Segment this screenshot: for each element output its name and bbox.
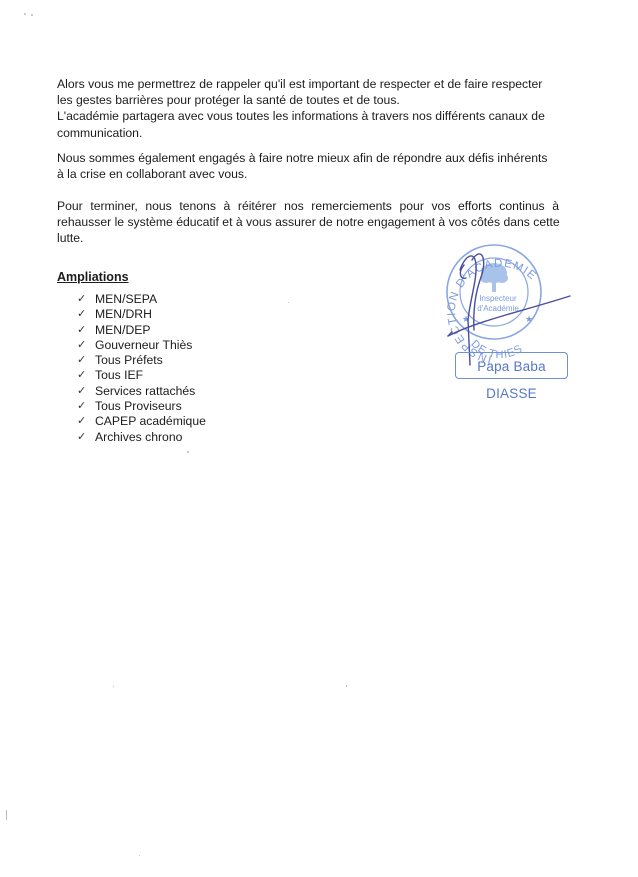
ampliation-label: MEN/DRH bbox=[95, 307, 152, 322]
checkmark-icon: ✓ bbox=[77, 384, 95, 399]
paragraph-line: les gestes barrières pour protéger la sa… bbox=[57, 92, 552, 108]
paragraph-line: à la crise en collaborant avec vous. bbox=[57, 166, 552, 182]
ampliation-item: ✓MEN/DEP bbox=[77, 323, 206, 338]
checkmark-icon: ✓ bbox=[77, 338, 95, 353]
ampliations-heading: Ampliations bbox=[57, 270, 129, 284]
ampliation-item: ✓MEN/DRH bbox=[77, 307, 206, 322]
star-icon: ★ bbox=[525, 314, 533, 324]
checkmark-icon: ✓ bbox=[77, 292, 95, 307]
ampliation-label: MEN/DEP bbox=[95, 323, 151, 338]
checkmark-icon: ✓ bbox=[77, 307, 95, 322]
scan-speck bbox=[346, 685, 347, 687]
scan-speck bbox=[31, 14, 33, 16]
paragraph-line: Nous sommes également engagés à faire no… bbox=[57, 150, 552, 166]
checkmark-icon: ✓ bbox=[77, 368, 95, 383]
scan-speck bbox=[6, 810, 7, 820]
ampliation-label: MEN/SEPA bbox=[95, 292, 157, 307]
ampliation-item: ✓MEN/SEPA bbox=[77, 292, 206, 307]
ampliation-label: Tous IEF bbox=[95, 368, 143, 383]
paragraph-line: communication. bbox=[57, 125, 552, 141]
signatory-name-stamp: Papa Baba DIASSE bbox=[455, 352, 568, 379]
ampliation-label: Archives chrono bbox=[95, 430, 182, 445]
scan-speck bbox=[187, 451, 189, 453]
ampliation-item: ✓Tous IEF bbox=[77, 368, 206, 383]
scan-speck bbox=[288, 302, 289, 303]
ampliation-item: ✓Tous Préfets bbox=[77, 353, 206, 368]
ampliation-item: ✓CAPEP académique bbox=[77, 414, 206, 429]
checkmark-icon: ✓ bbox=[77, 353, 95, 368]
stamp-center-text-2: d'Académie bbox=[477, 304, 519, 313]
paragraph-line: L'académie partagera avec vous toutes le… bbox=[57, 108, 552, 124]
ampliation-item: ✓Services rattachés bbox=[77, 384, 206, 399]
ampliation-label: Tous Préfets bbox=[95, 353, 163, 368]
paragraph-line: Pour terminer, nous tenons à réitérer no… bbox=[57, 198, 552, 214]
scan-speck bbox=[113, 686, 114, 687]
stamp-center-text-1: Inspecteur bbox=[479, 294, 517, 303]
ampliations-list: ✓MEN/SEPA✓MEN/DRH✓MEN/DEP✓Gouverneur Thi… bbox=[77, 292, 206, 445]
ampliation-item: ✓Archives chrono bbox=[77, 430, 206, 445]
ampliation-label: Gouverneur Thiès bbox=[95, 338, 192, 353]
paragraph-line: rehausser le système éducatif et à vous … bbox=[57, 214, 552, 230]
ampliation-item: ✓Tous Proviseurs bbox=[77, 399, 206, 414]
paragraph-barrier-gestures: Alors vous me permettrez de rappeler qu'… bbox=[57, 76, 552, 141]
scan-speck bbox=[139, 855, 140, 856]
ampliation-label: Services rattachés bbox=[95, 384, 195, 399]
paragraph-line: Alors vous me permettrez de rappeler qu'… bbox=[57, 76, 552, 92]
checkmark-icon: ✓ bbox=[77, 323, 95, 338]
ampliation-item: ✓Gouverneur Thiès bbox=[77, 338, 206, 353]
ampliation-label: CAPEP académique bbox=[95, 414, 206, 429]
checkmark-icon: ✓ bbox=[77, 399, 95, 414]
scan-speck bbox=[24, 13, 26, 15]
stamp-seal: INSPECTION D'ACADEMIE DE THIES Inspecteu… bbox=[446, 245, 541, 365]
checkmark-icon: ✓ bbox=[77, 414, 95, 429]
ampliation-label: Tous Proviseurs bbox=[95, 399, 182, 414]
checkmark-icon: ✓ bbox=[77, 430, 95, 445]
paragraph-commitment: Nous sommes également engagés à faire no… bbox=[57, 150, 552, 182]
